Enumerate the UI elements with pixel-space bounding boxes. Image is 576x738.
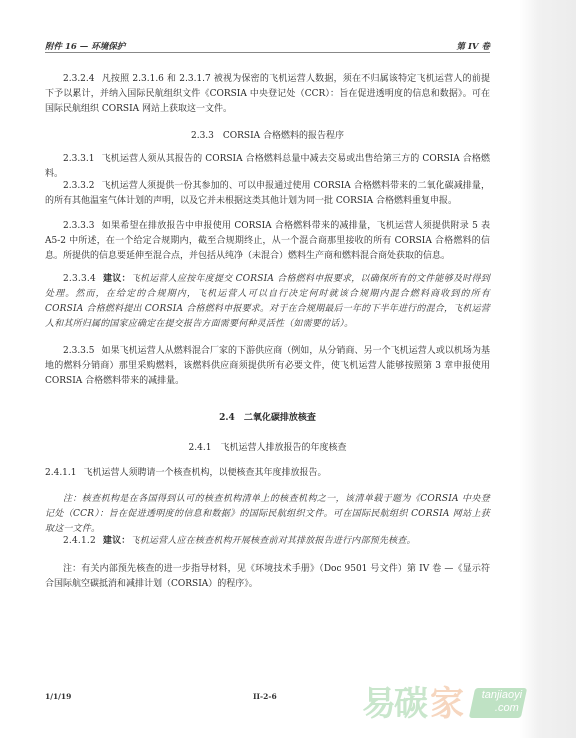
- page-edge-shadow: [520, 0, 576, 738]
- note-internal-pre-verification: 注：有关内部预先核查的进一步指导材料，见《环境技术手册》（Doc 9501 号文…: [45, 562, 490, 592]
- header-volume: 第 IV 卷: [457, 40, 491, 52]
- paragraph-2-3-3-1: 2.3.3.1飞机运营人须从其报告的 CORSIA 合格燃料总量中减去交易或出售…: [45, 152, 490, 182]
- paragraph-2-4-1-1: 2.4.1.1飞机运营人须聘请一个核查机构，以便核查其年度排放报告。: [45, 466, 490, 481]
- watermark-domain-tag: tanjiaoyi .com: [469, 688, 527, 718]
- header-rule: [45, 52, 490, 53]
- header-annex-title: 附件 16 — 环境保护: [45, 40, 125, 52]
- paragraph-2-4-1-2-recommendation: 2.4.1.2建议：飞机运营人应在核查机构开展核查前对其排放报告进行内部预先核查…: [45, 534, 490, 549]
- section-heading-2-3-3: 2.3.3 CORSIA 合格燃料的报告程序: [45, 128, 490, 141]
- section-heading-2-4-1: 2.4.1 飞机运营人排放报告的年度核查: [45, 440, 490, 453]
- paragraph-2-3-3-5: 2.3.3.5如果飞机运营人从燃料混合厂家的下游供应商（例如，从分销商、另一个飞…: [45, 344, 490, 389]
- running-header: 附件 16 — 环境保护 第 IV 卷: [45, 38, 490, 52]
- watermark-orange-text: 家: [430, 676, 464, 725]
- paragraph-2-3-3-2: 2.3.3.2飞机运营人须提供一份其参加的、可以申报通过使用 CORSIA 合格…: [45, 179, 490, 209]
- watermark-logo: 易碳 家 tanjiaoyi .com: [362, 676, 522, 722]
- paragraph-2-3-2-4: 2.3.2.4凡按照 2.3.1.6 和 2.3.1.7 被视为保密的飞机运营人…: [45, 72, 490, 117]
- paragraph-2-3-3-3: 2.3.3.3如果希望在排放报告中申报使用 CORSIA 合格燃料带来的减排量，…: [45, 219, 490, 264]
- footer-date: 1/1/19: [45, 692, 71, 701]
- note-verification-body: 注：核查机构是在各国得到认可的核查机构清单上的核查机构之一，该清单载于题为《CO…: [45, 492, 490, 537]
- watermark-green-text: 易碳: [362, 676, 426, 725]
- section-heading-2-4: 2.4 二氧化碳排放核查: [45, 410, 490, 423]
- footer-page-number: II-2-6: [253, 692, 277, 701]
- paragraph-2-3-3-4-recommendation: 2.3.3.4建议：飞机运营人应按年度提交 CORSIA 合格燃料申报要求，以确…: [45, 272, 490, 332]
